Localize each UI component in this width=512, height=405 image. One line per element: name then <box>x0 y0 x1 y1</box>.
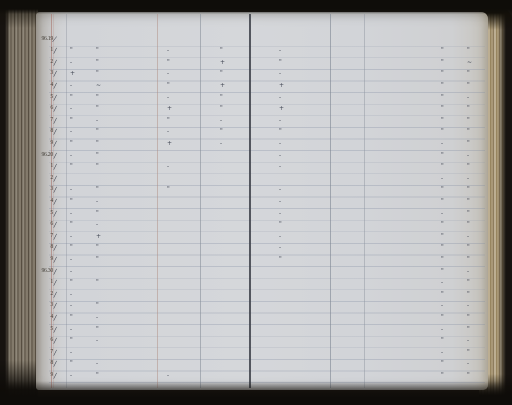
background-bottom-shadow <box>0 381 512 405</box>
handwriting-layer <box>36 12 488 390</box>
book-gutter-left-edge <box>0 0 38 405</box>
background-top-shadow <box>0 0 512 14</box>
register-page: 96.19 ⁄ 1 ∕ " " - " - " <box>36 12 488 390</box>
register-book-photo: 96.19 ⁄ 1 ∕ " " - " - " <box>0 0 512 405</box>
